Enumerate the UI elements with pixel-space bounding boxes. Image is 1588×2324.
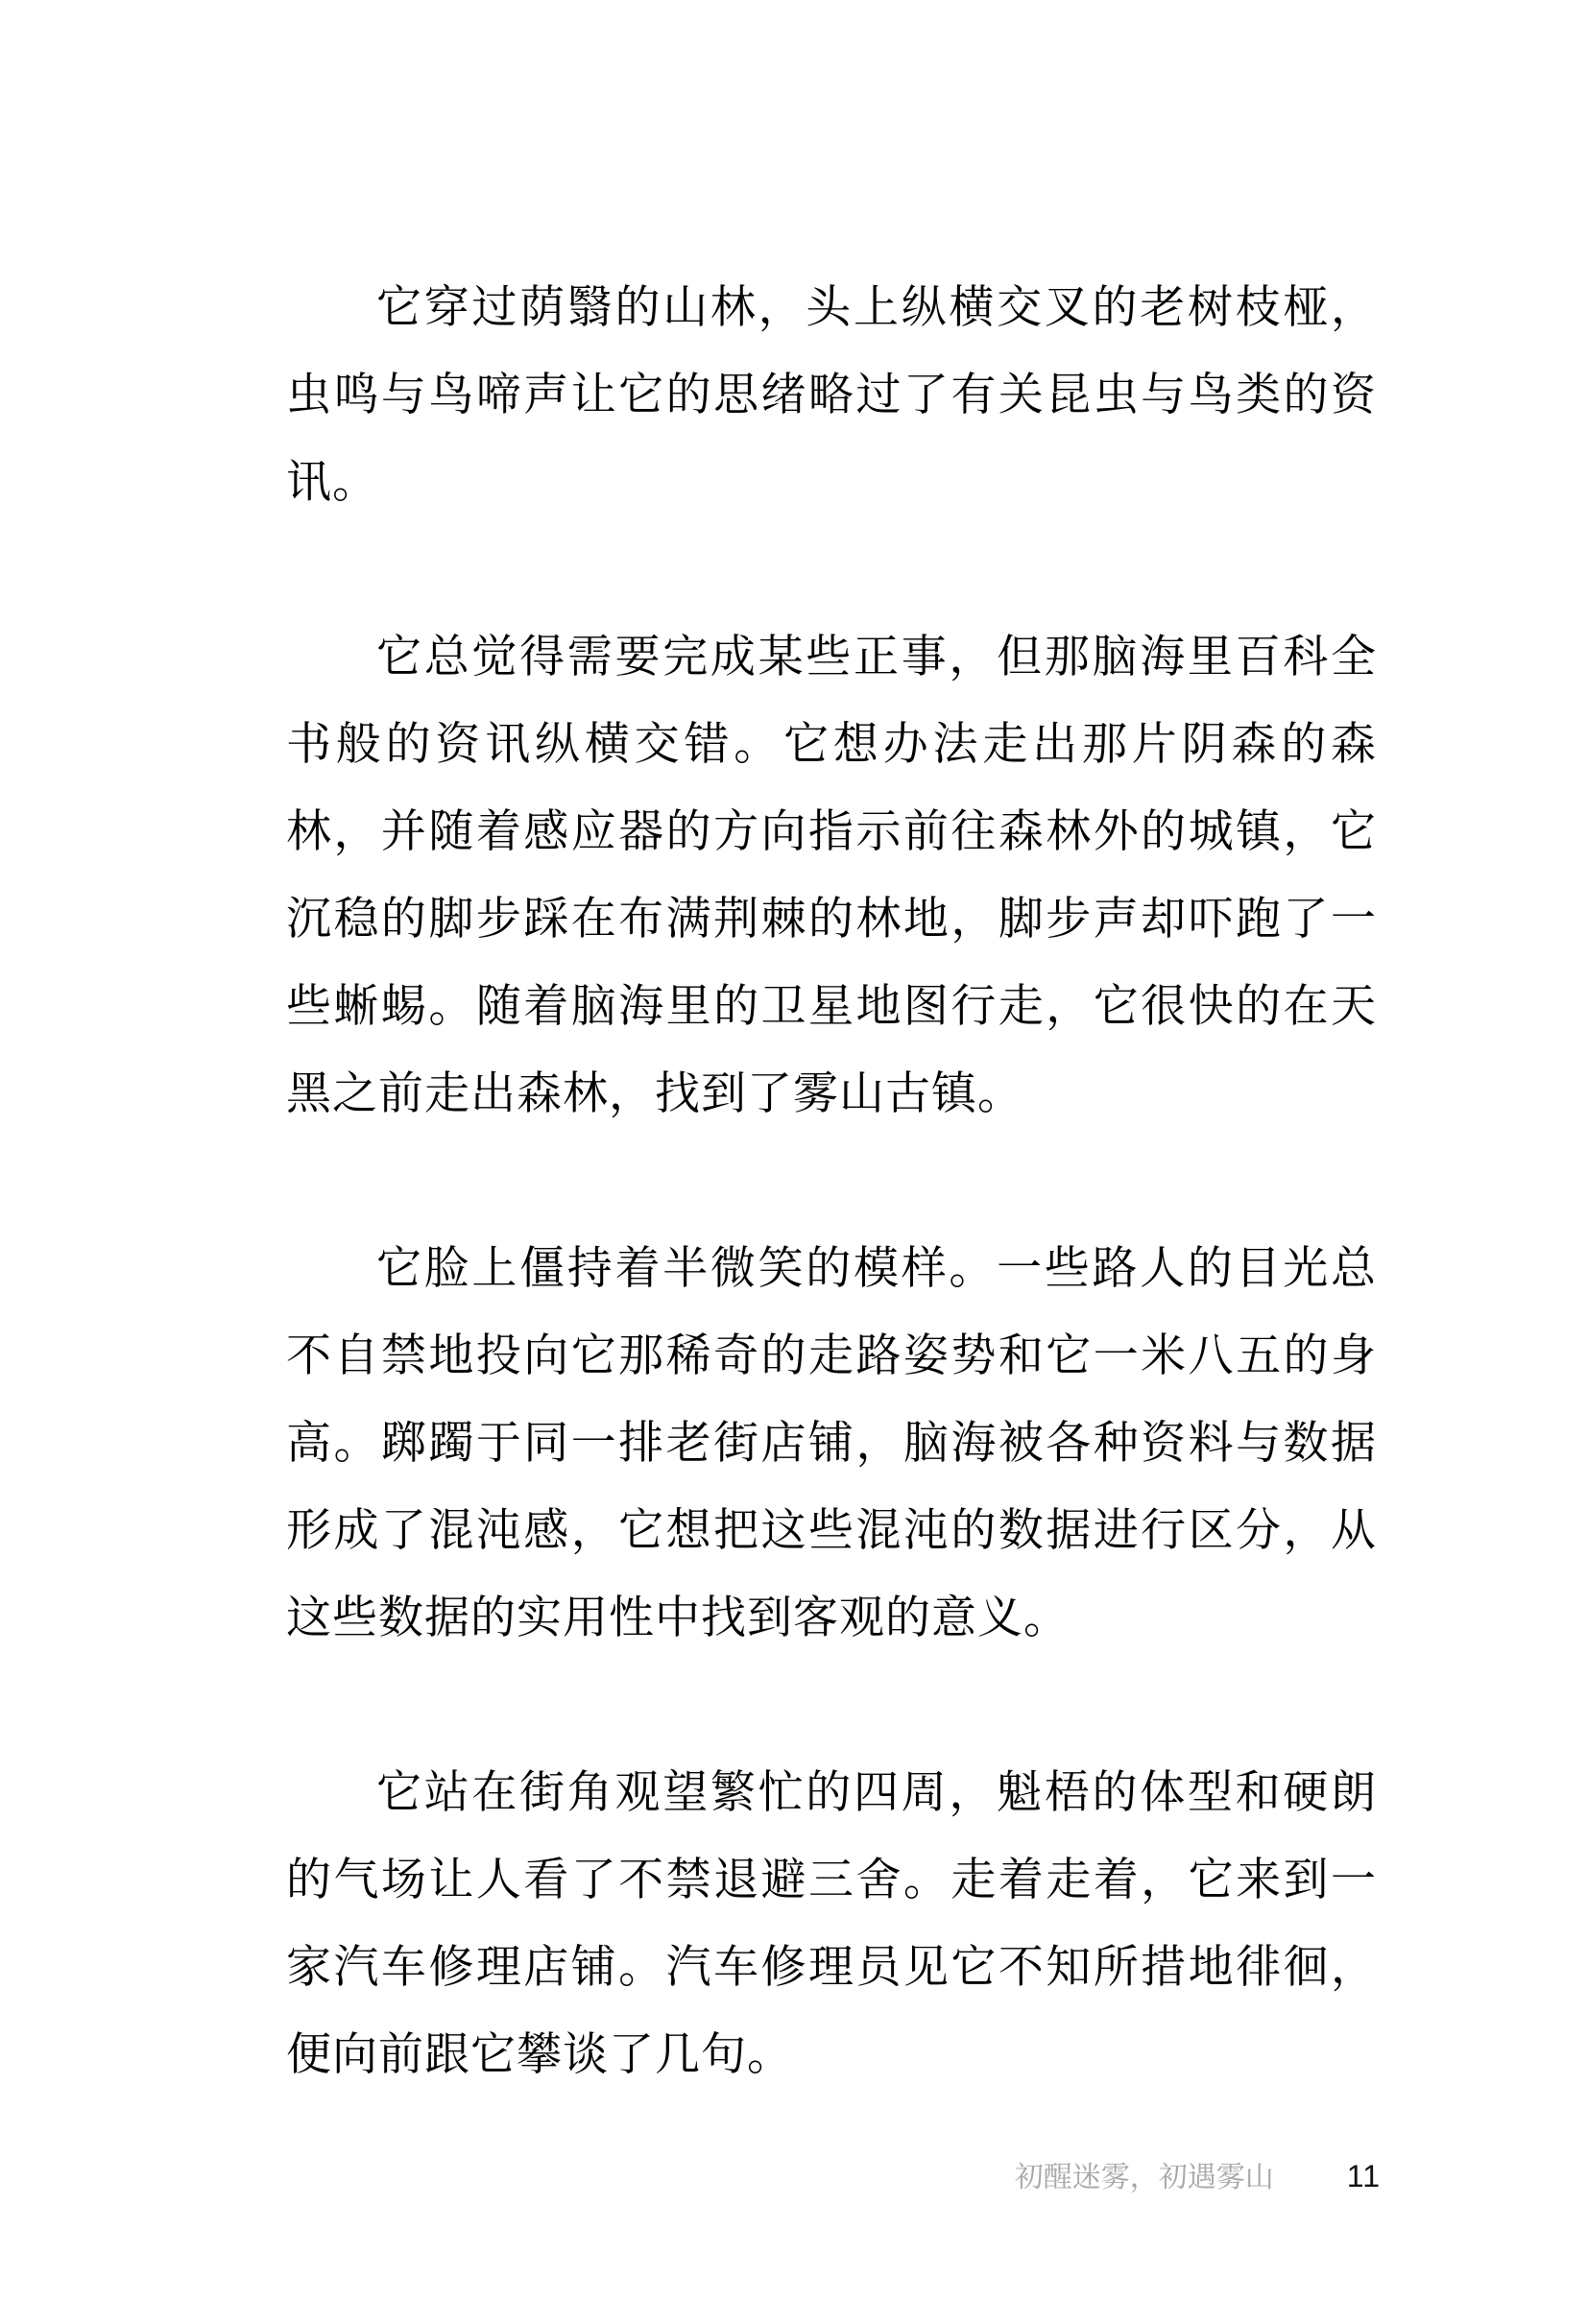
paragraph: 它穿过荫翳的山林，头上纵横交叉的老树枝桠，虫鸣与鸟啼声让它的思绪略过了有关昆虫与… bbox=[286, 265, 1377, 527]
book-page: 它穿过荫翳的山林，头上纵横交叉的老树枝桠，虫鸣与鸟啼声让它的思绪略过了有关昆虫与… bbox=[0, 0, 1588, 2324]
paragraph: 它脸上僵持着半微笑的模样。一些路人的目光总不自禁地投向它那稀奇的走路姿势和它一米… bbox=[286, 1226, 1377, 1663]
paragraph: 它站在街角观望繁忙的四周，魁梧的体型和硬朗的气场让人看了不禁退避三舍。走着走着，… bbox=[286, 1750, 1377, 2099]
paragraph: 它总觉得需要完成某些正事，但那脑海里百科全书般的资讯纵横交错。它想办法走出那片阴… bbox=[286, 614, 1377, 1138]
page-number: 11 bbox=[1347, 2159, 1381, 2193]
page-footer: 初醒迷雾，初遇雾山11 bbox=[286, 2157, 1381, 2197]
running-title: 初醒迷雾，初遇雾山 bbox=[1015, 2162, 1274, 2193]
body-text: 它穿过荫翳的山林，头上纵横交叉的老树枝桠，虫鸣与鸟啼声让它的思绪略过了有关昆虫与… bbox=[286, 265, 1377, 2099]
